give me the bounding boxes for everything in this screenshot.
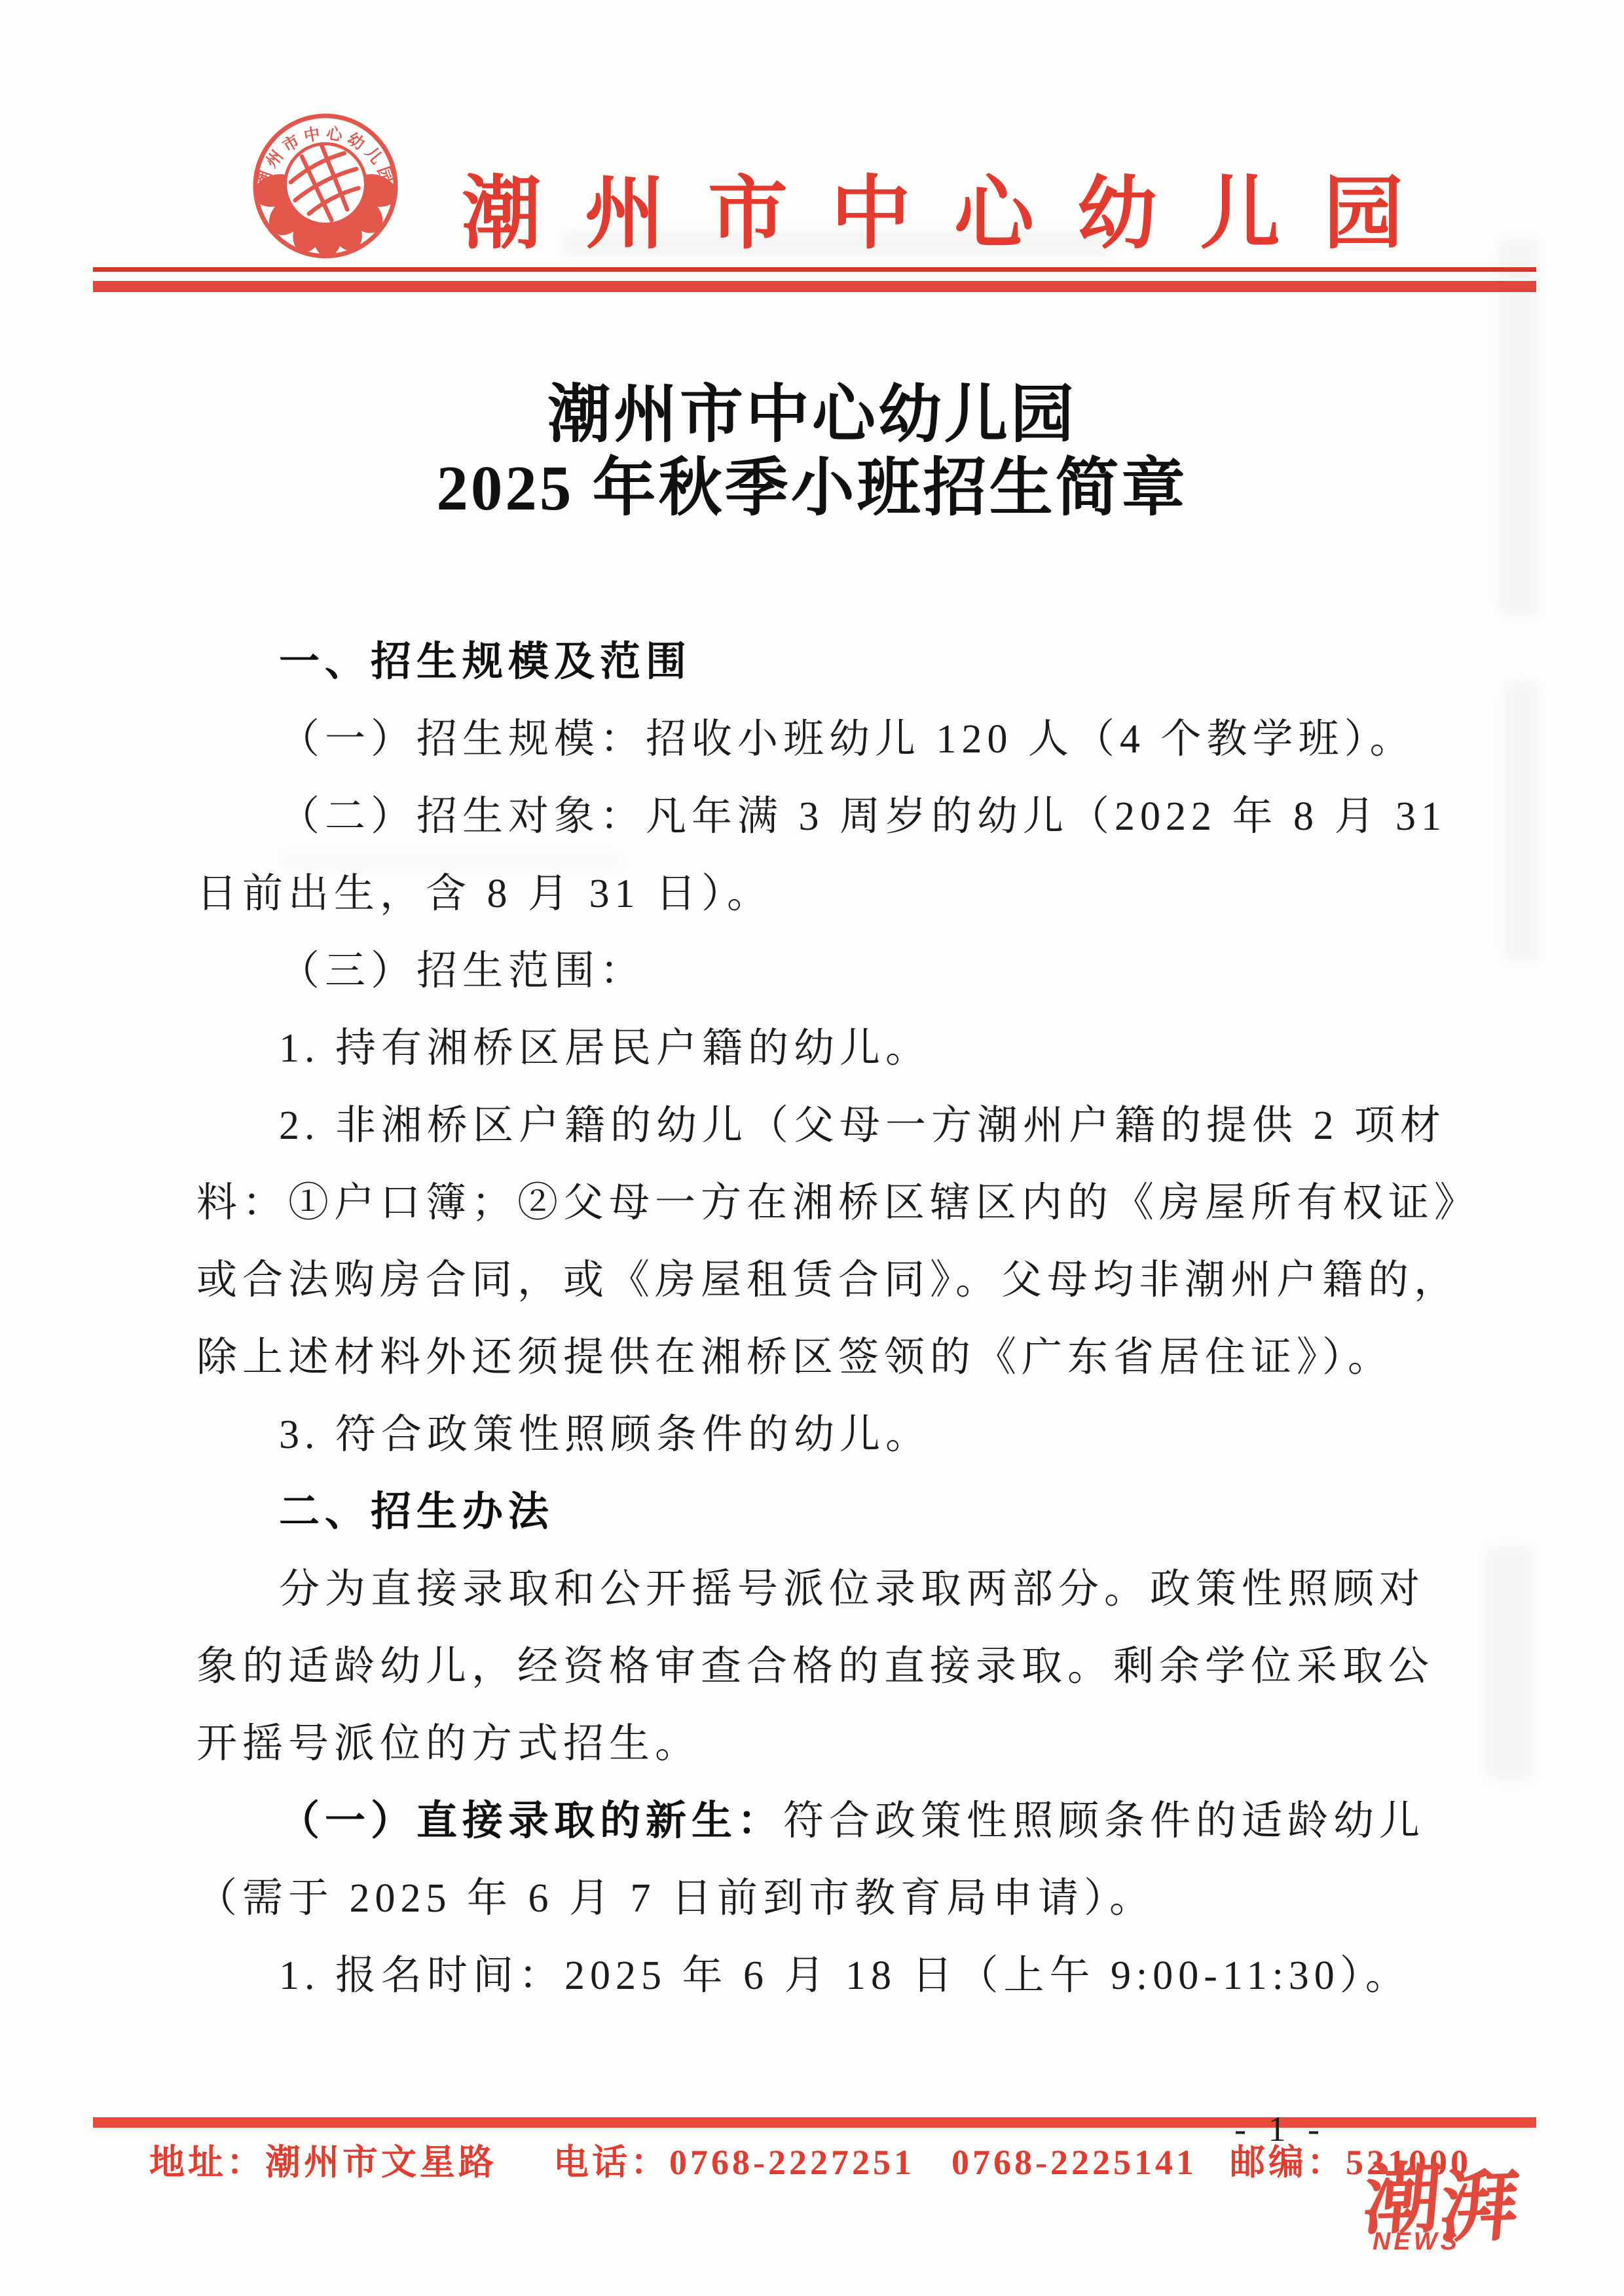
- page-number: - 1 -: [1211, 2110, 1349, 2148]
- letterhead-org-name: 潮州市中心幼儿园: [462, 149, 1447, 264]
- body-text: （二）招生对象：凡年满 3 周岁的幼儿（2022 年 8 月 31: [279, 794, 1447, 839]
- body-line: （三）招生范围：: [196, 933, 1501, 1010]
- footer-postcode-label: 邮编：: [1230, 2143, 1346, 2182]
- document-title-line2: 2025 年秋季小班招生简章: [0, 452, 1624, 525]
- body-line: 1. 报名时间：2025 年 6 月 18 日（上午 9:00-11:30）。: [196, 1937, 1501, 2014]
- footer-address-value: 潮州市文星路: [265, 2143, 497, 2182]
- body-line: 料：①户口簿；②父母一方在湘桥区辖区内的《房屋所有权证》: [196, 1164, 1501, 1242]
- body-text: 象的适龄幼儿，经资格审查合格的直接录取。剩余学位采取公: [196, 1644, 1434, 1689]
- body-text: 开摇号派位的方式招生。: [196, 1722, 701, 1766]
- brand-wordmark: 潮湃: [1361, 2155, 1578, 2240]
- document-title-line1: 潮州市中心幼儿园: [0, 379, 1624, 452]
- body-line: （一）招生规模：招收小班幼儿 120 人（4 个教学班）。: [196, 701, 1501, 778]
- footer-phone-number-2: 0768-2225141: [951, 2143, 1197, 2182]
- body-line: 1. 持有湘桥区居民户籍的幼儿。: [196, 1010, 1501, 1087]
- document-title: 潮州市中心幼儿园 2025 年秋季小班招生简章: [0, 379, 1624, 525]
- body-line: 象的适龄幼儿，经资格审查合格的直接录取。剩余学位采取公: [196, 1628, 1501, 1705]
- body-text: 料：①户口簿；②父母一方在湘桥区辖区内的《房屋所有权证》: [196, 1181, 1480, 1225]
- body-text: 1. 报名时间：2025 年 6 月 18 日（上午 9:00-11:30）。: [279, 1953, 1411, 1998]
- body-line: 一、招生规模及范围: [196, 623, 1501, 701]
- body-text-bold: 二、招生办法: [279, 1489, 554, 1534]
- body-line: 二、招生办法: [196, 1473, 1501, 1551]
- body-text: 3. 符合政策性照顾条件的幼儿。: [279, 1413, 931, 1457]
- news-brand-watermark: 潮湃 NEWS: [1367, 2162, 1577, 2280]
- footer-address-label: 地址：: [149, 2143, 265, 2182]
- body-line: 3. 符合政策性照顾条件的幼儿。: [196, 1396, 1501, 1473]
- brand-news-label: NEWS: [1373, 2228, 1460, 2256]
- body-line: 除上述材料外还须提供在湘桥区签领的《广东省居住证》）。: [196, 1319, 1501, 1396]
- body-line: （一）直接录取的新生：符合政策性照顾条件的适龄幼儿: [196, 1783, 1501, 1860]
- body-text: 符合政策性照顾条件的适龄幼儿: [783, 1799, 1425, 1843]
- footer-phone: 电话：0768-22272510768-2225141: [553, 2143, 1197, 2182]
- document-body: 一、招生规模及范围（一）招生规模：招收小班幼儿 120 人（4 个教学班）。（二…: [196, 623, 1501, 2014]
- body-text: （一）招生规模：招收小班幼儿 120 人（4 个教学班）。: [279, 717, 1416, 762]
- body-text: （三）招生范围：: [279, 949, 646, 993]
- body-text: 或合法购房合同，或《房屋租赁合同》。父母均非潮州户籍的，: [196, 1258, 1460, 1303]
- kindergarten-stamp-logo: 潮州市中心幼儿园: [251, 110, 400, 262]
- body-text: 分为直接录取和公开摇号派位录取两部分。政策性照顾对: [279, 1567, 1425, 1612]
- body-text: 日前出生，含 8 月 31 日）。: [196, 872, 773, 916]
- body-text: 1. 持有湘桥区居民户籍的幼儿。: [279, 1026, 931, 1071]
- scanned-document-page: 潮州市中心幼儿园 潮州市中心幼儿园 潮州市中心幼儿园 2025 年秋季小班招生简…: [0, 0, 1624, 2296]
- letterhead-rule-thin: [93, 267, 1536, 272]
- body-line: （二）招生对象：凡年满 3 周岁的幼儿（2022 年 8 月 31: [196, 778, 1501, 855]
- footer-phone-label: 电话：: [553, 2143, 669, 2182]
- body-text: （需于 2025 年 6 月 7 日前到市教育局申请）。: [196, 1876, 1155, 1921]
- body-text-bold: 一、招生规模及范围: [279, 639, 692, 684]
- footer-phone-number-1: 0768-2227251: [669, 2143, 915, 2182]
- body-text: 2. 非湘桥区户籍的幼儿（父母一方潮州户籍的提供 2 项材: [279, 1103, 1446, 1148]
- body-line: （需于 2025 年 6 月 7 日前到市教育局申请）。: [196, 1860, 1501, 1937]
- body-text-bold: （一）直接录取的新生：: [279, 1798, 783, 1843]
- body-line: 分为直接录取和公开摇号派位录取两部分。政策性照顾对: [196, 1551, 1501, 1628]
- letterhead-rule-thick: [93, 281, 1536, 292]
- body-text: 除上述材料外还须提供在湘桥区签领的《广东省居住证》）。: [196, 1335, 1393, 1380]
- body-line: 2. 非湘桥区户籍的幼儿（父母一方潮州户籍的提供 2 项材: [196, 1087, 1501, 1164]
- bleedthrough-smudge: [1504, 681, 1539, 963]
- body-line: 日前出生，含 8 月 31 日）。: [196, 855, 1501, 933]
- body-line: 开摇号派位的方式招生。: [196, 1705, 1501, 1783]
- footer-address: 地址：潮州市文星路: [149, 2143, 497, 2182]
- body-line: 或合法购房合同，或《房屋租赁合同》。父母均非潮州户籍的，: [196, 1242, 1501, 1319]
- stamp-icon: 潮州市中心幼儿园: [251, 110, 400, 262]
